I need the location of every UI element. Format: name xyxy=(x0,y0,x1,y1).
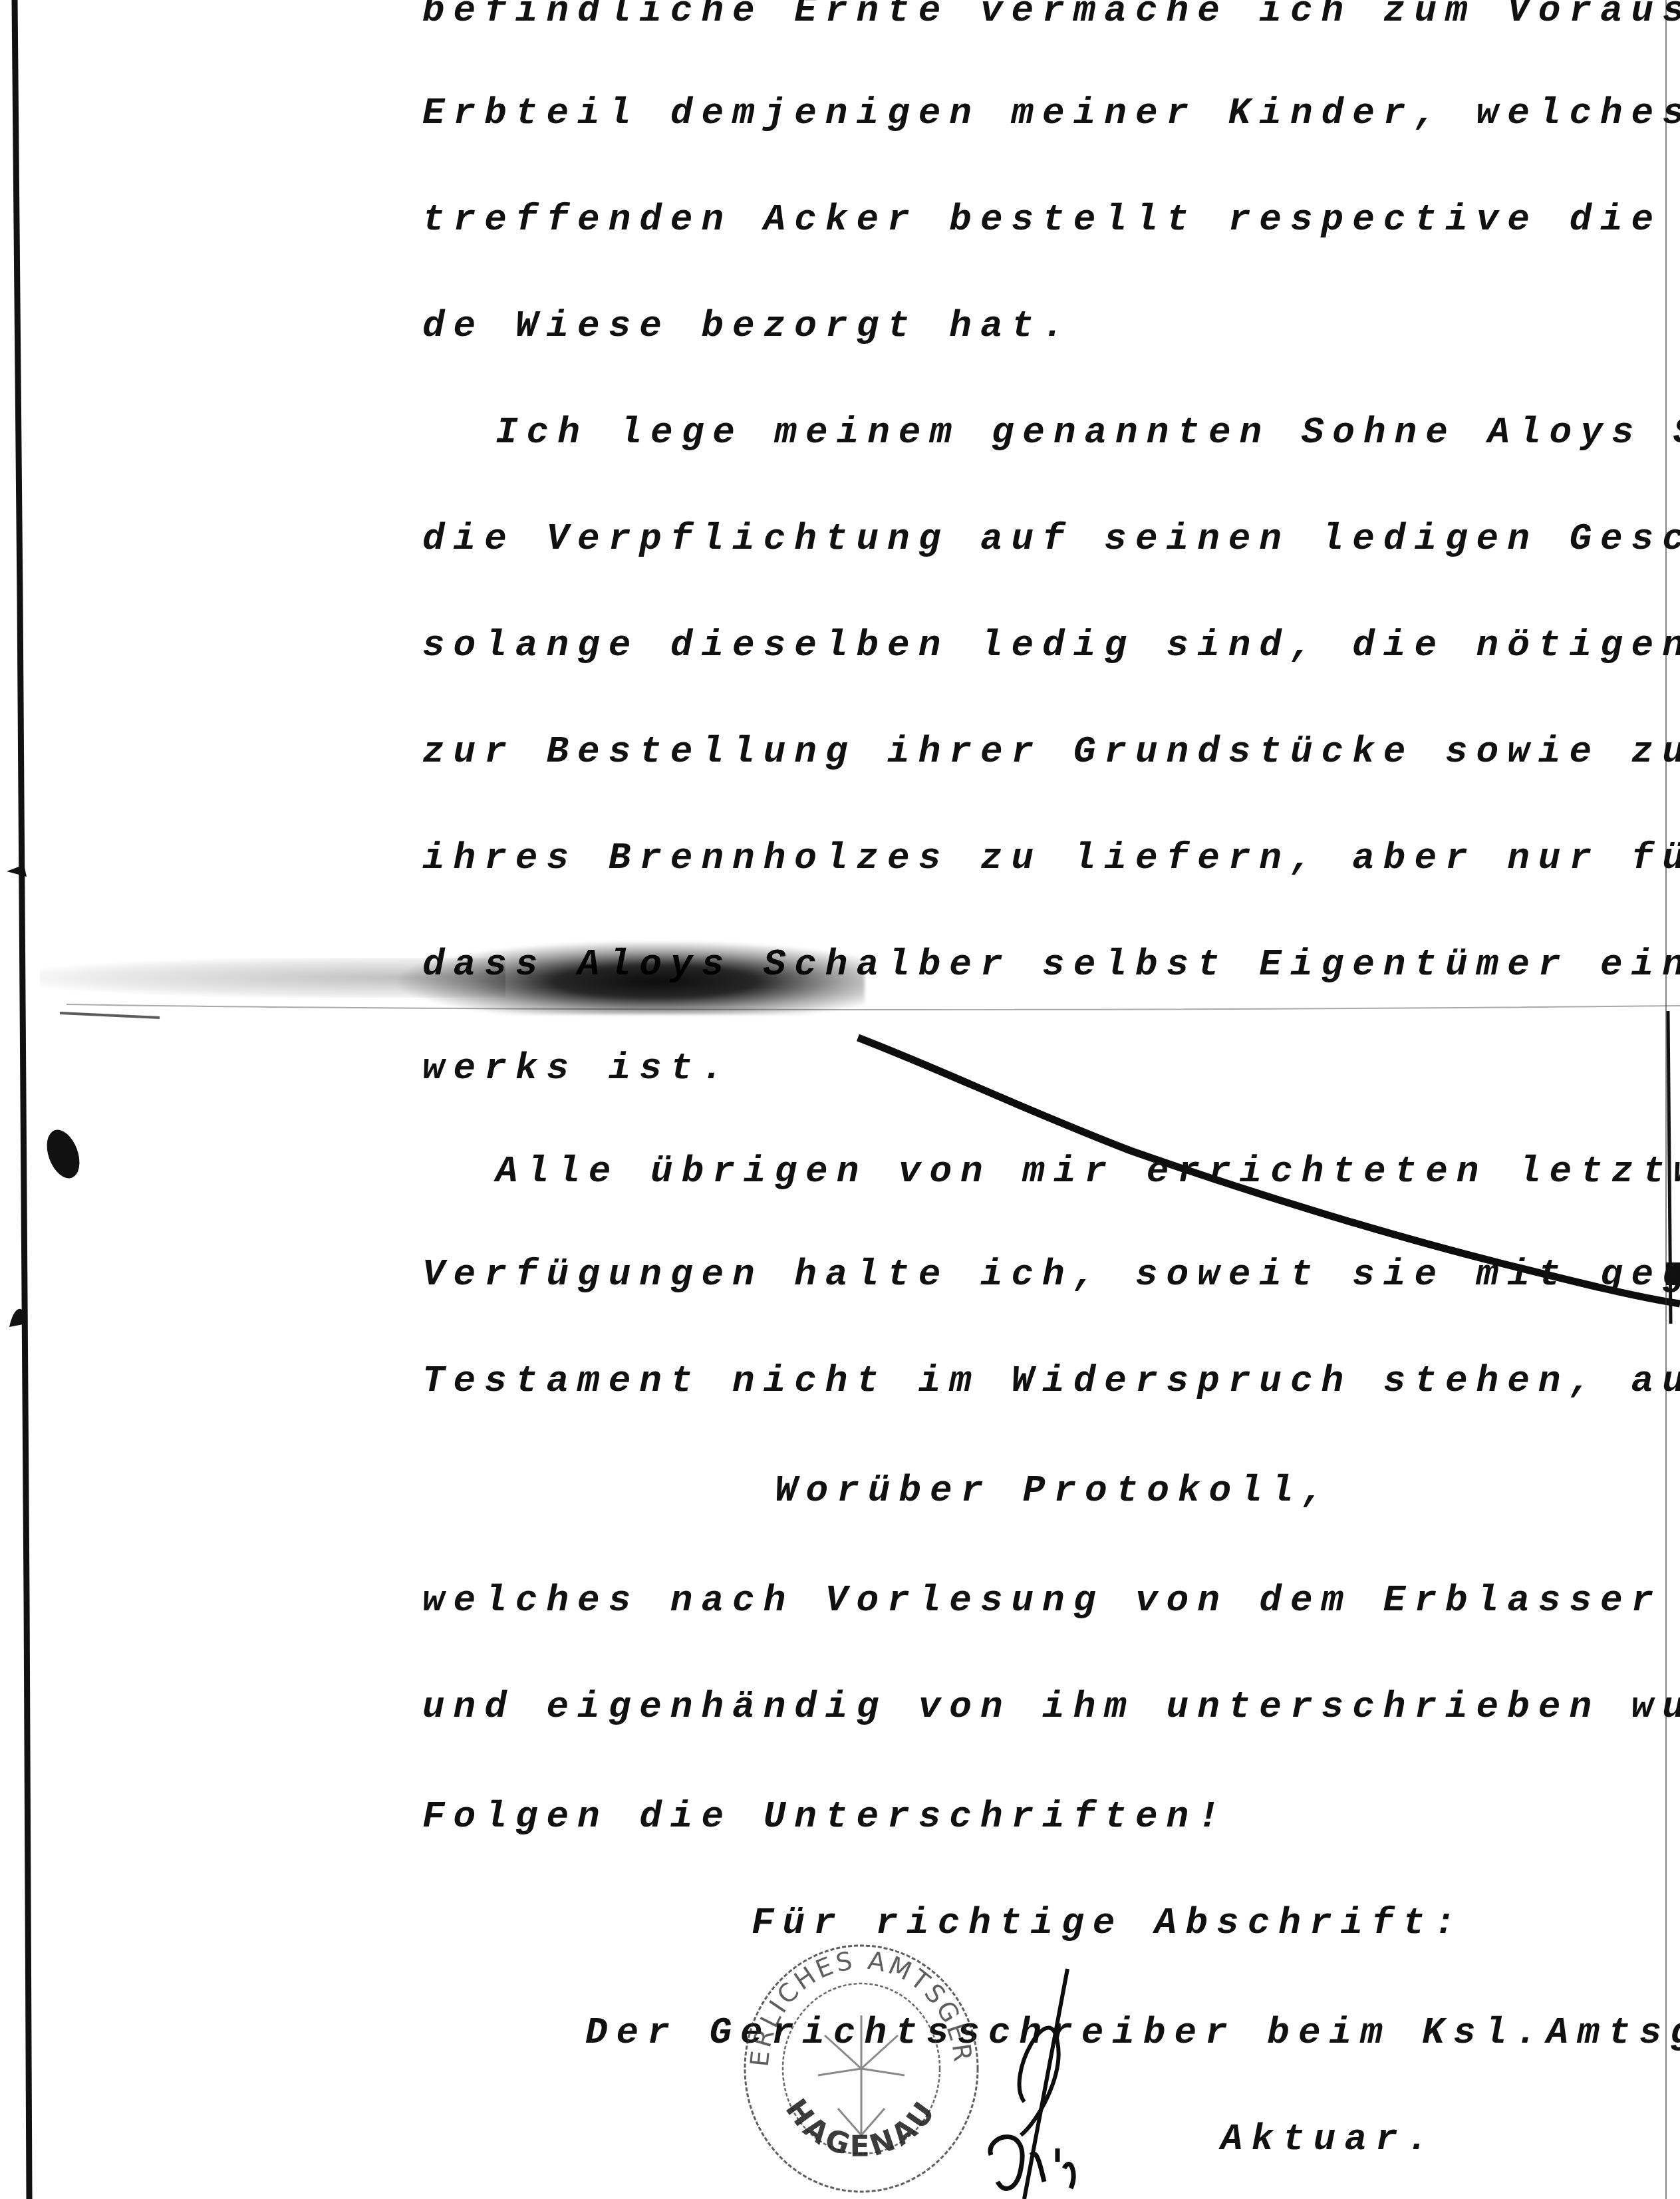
text-line: Folgen die Unterschriften! xyxy=(422,1798,1228,1835)
text-line: solange dieselben ledig sind, die nötige… xyxy=(422,627,1680,664)
text-line: Alle übrigen von mir errichteten letztwi… xyxy=(495,1153,1680,1190)
text-line: Testament nicht im Widerspruch stehen, a… xyxy=(422,1362,1680,1399)
text-line: Erbteil demjenigen meiner Kinder, welche… xyxy=(422,94,1680,132)
text-line: Worüber Protokoll, xyxy=(775,1472,1333,1509)
text-line: welches nach Vorlesung von dem Erblasser… xyxy=(422,1582,1680,1619)
handwritten-signature xyxy=(958,1956,1104,2199)
text-line: zur Bestellung ihrer Grundstücke sowie z… xyxy=(422,733,1680,770)
document-page: befindliche Ernte vermache ich zum Vorau… xyxy=(0,0,1680,2199)
text-line: Aktuar. xyxy=(1220,2121,1437,2158)
text-line: werks ist. xyxy=(422,1050,732,1087)
text-line: Verfügungen halte ich, soweit sie mit ge… xyxy=(422,1256,1680,1293)
text-line: treffenden Acker bestellt respective die… xyxy=(422,201,1680,238)
text-line: de Wiese bezorgt hat. xyxy=(422,307,1073,345)
text-line: die Verpflichtung auf seinen ledigen Ges… xyxy=(422,520,1680,557)
text-line: ihres Brennholzes zu liefern, aber nur f… xyxy=(422,839,1680,877)
court-seal-stamp: KAISERLICHES AMTSGERICHT HAGENAU xyxy=(738,1936,984,2195)
text-line: Ich lege meinem genannten Sohne Aloys Sc… xyxy=(495,414,1680,451)
text-line: und eigenhändig von ihm unterschrieben w… xyxy=(422,1688,1680,1725)
text-line: befindliche Ernte vermache ich zum Vorau… xyxy=(422,0,1680,29)
stamp-top-text: KAISERLICHES AMTSGERICHT xyxy=(738,1936,978,2068)
svg-text:KAISERLICHES AMTSGERICHT: KAISERLICHES AMTSGERICHT xyxy=(738,1936,978,2068)
ink-smudge xyxy=(399,941,865,1014)
